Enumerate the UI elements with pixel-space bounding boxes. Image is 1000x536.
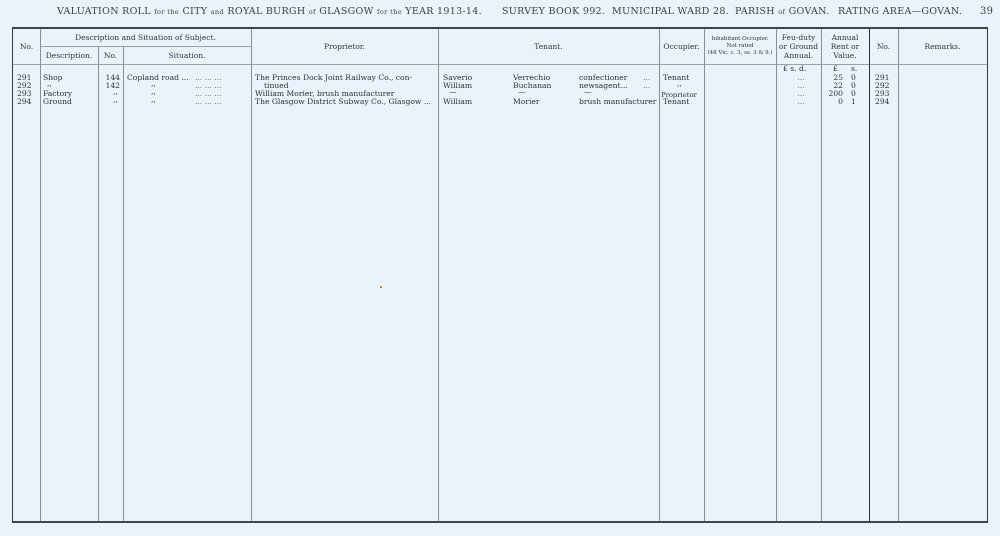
row-tenant-trade: — xyxy=(584,88,592,96)
title-of: of xyxy=(309,8,316,16)
annual-units-pounds: £ xyxy=(833,65,838,73)
title-for-the-2: for the xyxy=(377,8,402,16)
row-situation-dots: ... ... ... xyxy=(195,98,222,106)
parish: PARISH of GOVAN. xyxy=(735,6,829,17)
parish-of: of xyxy=(778,8,785,16)
municipal-ward: MUNICIPAL WARD 28. xyxy=(612,6,729,17)
annual-units-shillings: s. xyxy=(851,65,857,73)
title-royal-burgh: ROYAL BURGH xyxy=(227,6,305,17)
rating-area: RATING AREA—GOVAN. xyxy=(838,6,962,17)
header-annual-line1: Annual xyxy=(832,33,859,42)
header-no-2: No. xyxy=(869,29,898,64)
row-rent-shillings: 1 xyxy=(851,98,856,106)
header-feu-line1: Feu-duty xyxy=(782,33,815,42)
col-rule xyxy=(704,29,705,521)
header-desc-group: Description and Situation of Subject. xyxy=(40,29,251,46)
col-rule xyxy=(251,29,252,521)
row-tenant-dots: ... xyxy=(643,82,650,90)
header-situation: Situation. xyxy=(123,46,251,64)
row-tenant-first: William xyxy=(443,82,472,90)
title-city: CITY xyxy=(182,6,207,17)
row-occupier: Tenant xyxy=(663,98,689,106)
header-description: Description. xyxy=(40,46,98,64)
row-tenant-trade: brush manufacturer xyxy=(579,98,656,106)
title-for-the: for the xyxy=(154,8,179,16)
col-rule xyxy=(98,46,99,521)
row-tenant-last: — xyxy=(518,88,526,96)
parish-label: PARISH xyxy=(735,6,775,17)
feu-units: £ s. d. xyxy=(783,65,806,73)
row-situation: ,, xyxy=(151,96,156,104)
row-description: Ground xyxy=(43,98,72,106)
col-rule xyxy=(869,29,870,521)
header-inhabitant-occupier: Inhabitant Occupier. Not rated (48 Vic. … xyxy=(704,29,776,64)
header-feu-duty: Feu-duty or Ground Annual. xyxy=(776,29,821,64)
header-inhabitant-line2: Not rated xyxy=(727,43,754,50)
row-no: 294 xyxy=(17,98,32,106)
title-year: YEAR 1913-14. xyxy=(405,6,482,17)
col-rule xyxy=(898,29,899,521)
col-rule xyxy=(40,29,41,521)
row-situation: Copland road ... xyxy=(127,74,189,82)
row-proprietor: The Glasgow District Subway Co., Glasgow… xyxy=(255,98,431,106)
header-sub-no: No. xyxy=(98,46,123,64)
row-rent-pounds: 0 xyxy=(821,98,843,106)
header-annual-line3: Value. xyxy=(833,51,856,60)
header-proprietor: Proprietor. xyxy=(251,29,438,64)
title-and: and xyxy=(211,8,224,16)
header-inhabitant-line1: Inhabitant Occupier. xyxy=(711,36,768,43)
header-annual-rent: Annual Rent or Value. xyxy=(821,29,869,64)
row-description: ,, xyxy=(47,80,52,88)
header-no: No. xyxy=(13,29,40,64)
header-annual-line2: Rent or xyxy=(831,42,859,51)
title-glasgow: GLASGOW xyxy=(319,6,374,17)
row-tenant-first: — xyxy=(449,88,457,96)
title-valuation-roll: VALUATION ROLL xyxy=(57,6,151,17)
valuation-table: No. Description and Situation of Subject… xyxy=(12,27,988,523)
header-remarks: Remarks. xyxy=(898,29,987,64)
col-rule xyxy=(659,29,660,521)
row-feu: ... xyxy=(776,98,826,106)
row-street-no: ,, xyxy=(98,96,118,104)
ink-speck xyxy=(380,286,382,288)
header-tenant: Tenant. xyxy=(438,29,659,64)
page-heading: VALUATION ROLL for the CITY and ROYAL BU… xyxy=(0,6,1000,20)
row-occupier: ,, xyxy=(677,80,682,88)
row-no-2: 294 xyxy=(875,98,890,106)
row-description: Shop xyxy=(43,74,63,82)
roll-title: VALUATION ROLL for the CITY and ROYAL BU… xyxy=(57,6,482,17)
header-feu-line3: Annual. xyxy=(784,51,813,60)
col-rule xyxy=(438,29,439,521)
survey-book: SURVEY BOOK 992. xyxy=(502,6,605,17)
col-rule xyxy=(123,46,124,521)
row-tenant-first: William xyxy=(443,98,472,106)
header-occupier: Occupier. xyxy=(659,29,704,64)
header-inhabitant-line3: (48 Vic. c. 3, ss. 3 & 9.) xyxy=(707,50,772,57)
header-feu-line2: or Ground xyxy=(779,42,818,51)
parish-name: GOVAN. xyxy=(789,6,830,17)
row-tenant-last: Morier xyxy=(513,98,540,106)
header-rule xyxy=(13,64,987,65)
page-number: 39 xyxy=(980,6,993,17)
